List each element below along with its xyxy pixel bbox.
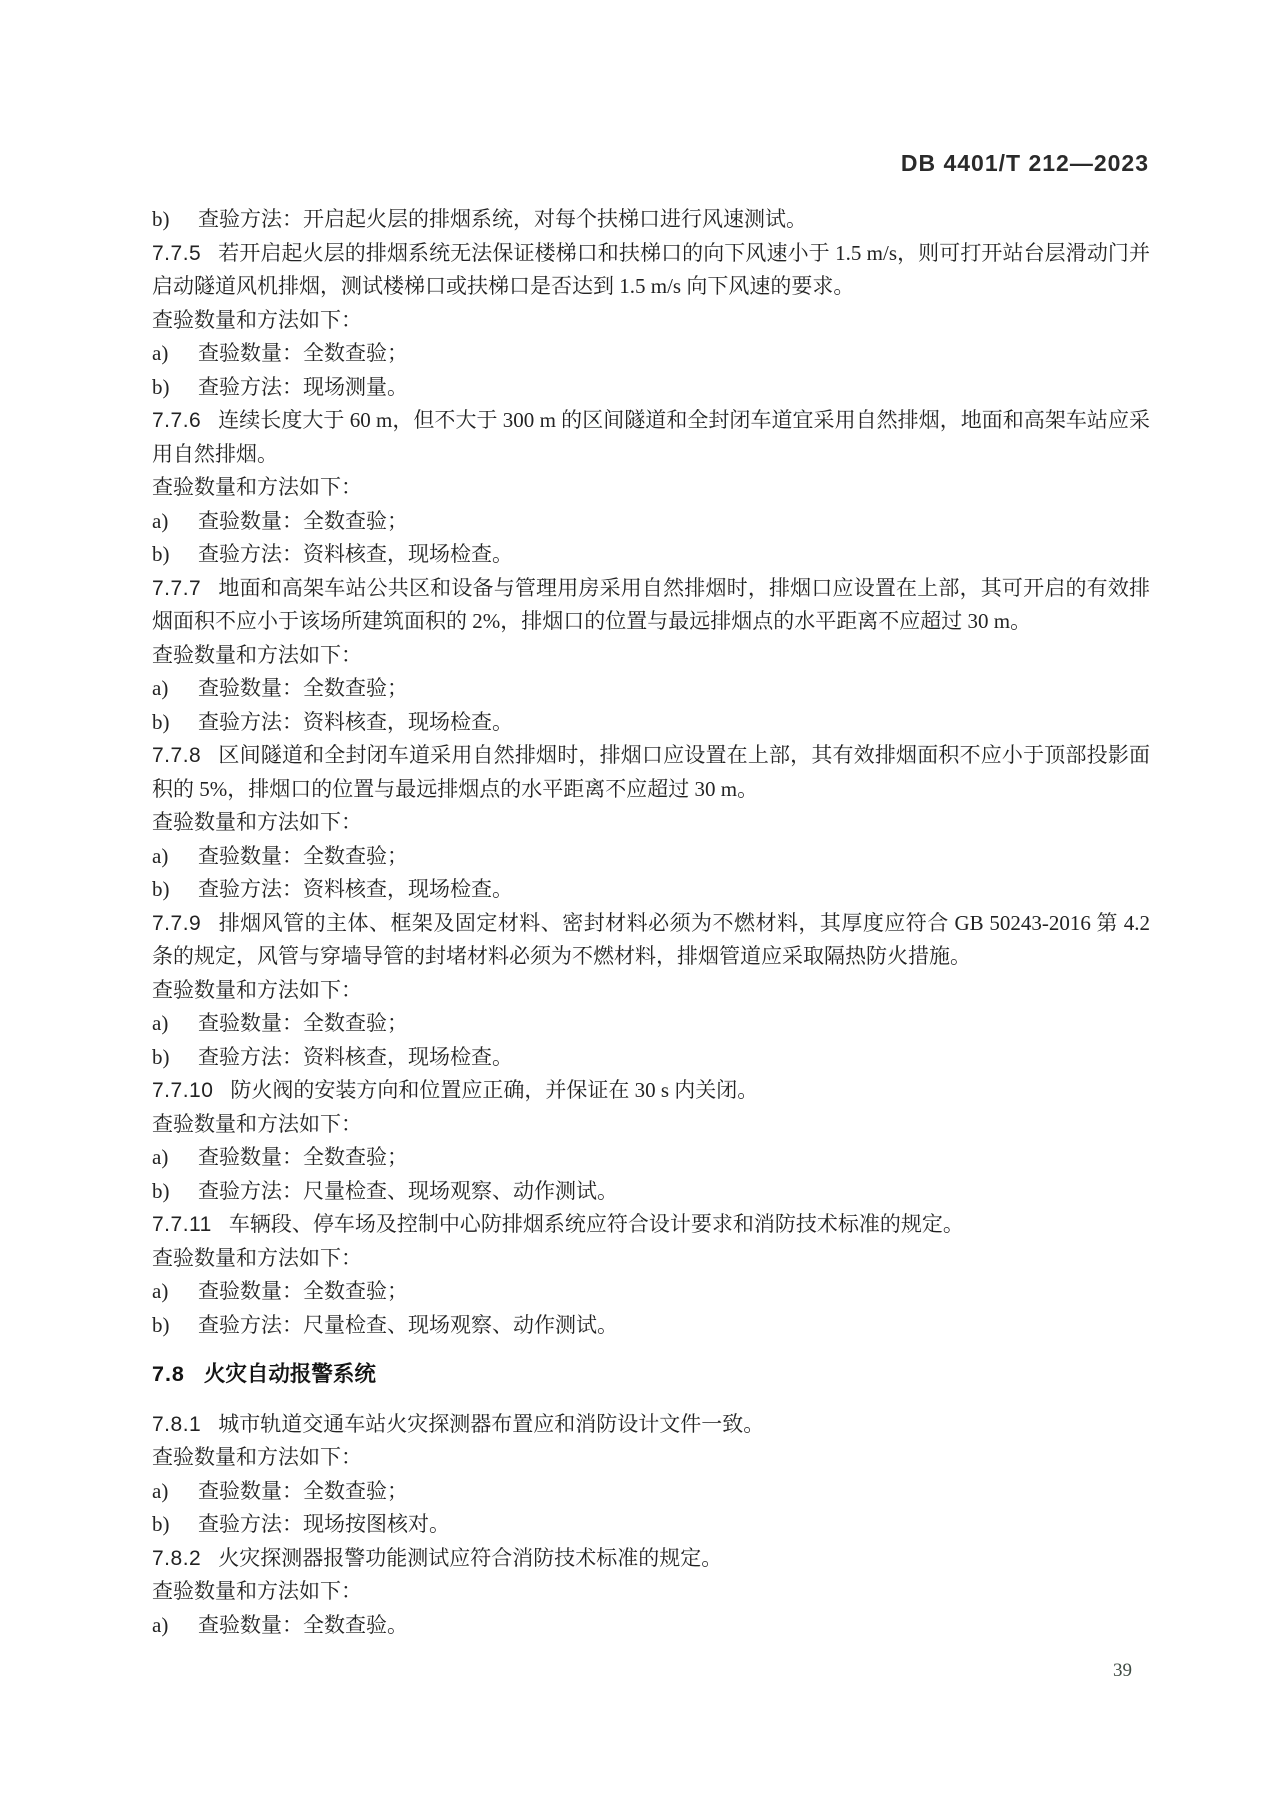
list-item-letter: a) [152, 672, 198, 706]
section-title: 火灾自动报警系统 [204, 1362, 376, 1386]
clause-text: 车辆段、停车场及控制中心防排烟系统应符合设计要求和消防技术标准的规定。 [229, 1212, 964, 1236]
clause-number: 7.7.8 [152, 744, 218, 767]
list-item: a)查验数量：全数查验。 [152, 1609, 1150, 1643]
clause-text: 排烟风管的主体、框架及固定材料、密封材料必须为不燃材料，其厚度应符合 GB 50… [152, 911, 1150, 969]
list-item-letter: a) [152, 1141, 198, 1175]
standard-number-header: DB 4401/T 212—2023 [901, 150, 1149, 177]
list-item: b)查验方法：资料核查，现场检查。 [152, 873, 1150, 907]
list-item: b)查验方法：现场按图核对。 [152, 1508, 1150, 1542]
list-item-letter: b) [152, 873, 198, 907]
list-item: b)查验方法：资料核查，现场检查。 [152, 706, 1150, 740]
list-item-letter: b) [152, 538, 198, 572]
list-item: b)查验方法：资料核查，现场检查。 [152, 538, 1150, 572]
list-item: a)查验数量：全数查验； [152, 505, 1150, 539]
list-item: b)查验方法：资料核查，现场检查。 [152, 1041, 1150, 1075]
list-item-letter: a) [152, 1475, 198, 1509]
list-item: a)查验数量：全数查验； [152, 1141, 1150, 1175]
clause-7.7.7: 7.7.7地面和高架车站公共区和设备与管理用房采用自然排烟时，排烟口应设置在上部… [152, 572, 1150, 639]
list-item: a)查验数量：全数查验； [152, 672, 1150, 706]
list-item-text: 查验数量：全数查验； [198, 844, 408, 868]
list-item-text: 查验数量：全数查验； [198, 1011, 408, 1035]
list-item-text: 查验方法：资料核查，现场检查。 [198, 542, 513, 566]
list-item-letter: b) [152, 1041, 198, 1075]
list-item-letter: b) [152, 371, 198, 405]
list-item-text: 查验数量：全数查验。 [198, 1613, 408, 1637]
list-item: b)查验方法：尺量检查、现场观察、动作测试。 [152, 1309, 1150, 1343]
page-number: 39 [1113, 1660, 1132, 1682]
list-item-text: 查验数量：全数查验； [198, 676, 408, 700]
clause-number: 7.7.11 [152, 1213, 229, 1236]
list-item-text: 查验方法：资料核查，现场检查。 [198, 710, 513, 734]
clause-7.7.5: 7.7.5若开启起火层的排烟系统无法保证楼梯口和扶梯口的向下风速小于 1.5 m… [152, 237, 1150, 304]
clause-text: 地面和高架车站公共区和设备与管理用房采用自然排烟时，排烟口应设置在上部，其可开启… [152, 576, 1150, 634]
clause-text: 若开启起火层的排烟系统无法保证楼梯口和扶梯口的向下风速小于 1.5 m/s，则可… [152, 241, 1150, 299]
clause-7.8.1: 7.8.1城市轨道交通车站火灾探测器布置应和消防设计文件一致。 [152, 1408, 1150, 1442]
clause-number: 7.7.6 [152, 409, 218, 432]
clause-number: 7.7.7 [152, 577, 218, 600]
clause-text: 连续长度大于 60 m，但不大于 300 m 的区间隧道和全封闭车道宜采用自然排… [152, 408, 1150, 466]
list-item-text: 查验方法：资料核查，现场检查。 [198, 877, 513, 901]
clause-7.7.6: 7.7.6连续长度大于 60 m，但不大于 300 m 的区间隧道和全封闭车道宜… [152, 404, 1150, 471]
list-item-text: 查验方法：开启起火层的排烟系统，对每个扶梯口进行风速测试。 [198, 207, 807, 231]
list-item-letter: a) [152, 840, 198, 874]
clause-7.7.9: 7.7.9排烟风管的主体、框架及固定材料、密封材料必须为不燃材料，其厚度应符合 … [152, 907, 1150, 974]
list-item: b)查验方法：开启起火层的排烟系统，对每个扶梯口进行风速测试。 [152, 203, 1150, 237]
section-number: 7.8 [152, 1362, 204, 1386]
list-item: a)查验数量：全数查验； [152, 1475, 1150, 1509]
list-item-text: 查验数量：全数查验； [198, 1145, 408, 1169]
list-item-letter: a) [152, 1609, 198, 1643]
list-item-text: 查验数量：全数查验； [198, 1279, 408, 1303]
clause-text: 防火阀的安装方向和位置应正确，并保证在 30 s 内关闭。 [230, 1078, 758, 1102]
clause-number: 7.8.2 [152, 1547, 218, 1570]
list-lead-line: 查验数量和方法如下： [152, 639, 1150, 673]
list-item: a)查验数量：全数查验； [152, 1275, 1150, 1309]
clause-number: 7.7.10 [152, 1079, 230, 1102]
list-item: b)查验方法：现场测量。 [152, 371, 1150, 405]
list-item-letter: b) [152, 706, 198, 740]
clause-number: 7.7.5 [152, 242, 218, 265]
list-lead-line: 查验数量和方法如下： [152, 471, 1150, 505]
section-heading-7.8: 7.8火灾自动报警系统 [152, 1358, 1150, 1392]
list-item-letter: b) [152, 1508, 198, 1542]
list-item: a)查验数量：全数查验； [152, 337, 1150, 371]
clause-7.7.8: 7.7.8区间隧道和全封闭车道采用自然排烟时，排烟口应设置在上部，其有效排烟面积… [152, 739, 1150, 806]
list-item-text: 查验数量：全数查验； [198, 509, 408, 533]
list-item-text: 查验数量：全数查验； [198, 1479, 408, 1503]
clause-7.8.2: 7.8.2火灾探测器报警功能测试应符合消防技术标准的规定。 [152, 1542, 1150, 1576]
clause-text: 区间隧道和全封闭车道采用自然排烟时，排烟口应设置在上部，其有效排烟面积不应小于顶… [152, 743, 1150, 801]
list-item: b)查验方法：尺量检查、现场观察、动作测试。 [152, 1175, 1150, 1209]
list-item-letter: a) [152, 337, 198, 371]
list-item-text: 查验方法：尺量检查、现场观察、动作测试。 [198, 1179, 618, 1203]
list-lead-line: 查验数量和方法如下： [152, 1108, 1150, 1142]
list-item-letter: a) [152, 505, 198, 539]
list-item-letter: b) [152, 1309, 198, 1343]
list-item-text: 查验方法：尺量检查、现场观察、动作测试。 [198, 1313, 618, 1337]
clause-number: 7.8.1 [152, 1413, 218, 1436]
list-item-letter: a) [152, 1007, 198, 1041]
list-lead-line: 查验数量和方法如下： [152, 1575, 1150, 1609]
list-lead-line: 查验数量和方法如下： [152, 304, 1150, 338]
list-item-text: 查验方法：现场测量。 [198, 375, 408, 399]
clause-number: 7.7.9 [152, 912, 218, 935]
document-content: b)查验方法：开启起火层的排烟系统，对每个扶梯口进行风速测试。7.7.5若开启起… [152, 203, 1150, 1642]
list-lead-line: 查验数量和方法如下： [152, 974, 1150, 1008]
list-item: a)查验数量：全数查验； [152, 840, 1150, 874]
list-item-letter: b) [152, 1175, 198, 1209]
list-item: a)查验数量：全数查验； [152, 1007, 1150, 1041]
list-lead-line: 查验数量和方法如下： [152, 1242, 1150, 1276]
clause-text: 城市轨道交通车站火灾探测器布置应和消防设计文件一致。 [218, 1412, 764, 1436]
list-item-letter: b) [152, 203, 198, 237]
document-page: DB 4401/T 212—2023 b)查验方法：开启起火层的排烟系统，对每个… [0, 0, 1280, 1810]
list-item-text: 查验方法：现场按图核对。 [198, 1512, 450, 1536]
list-lead-line: 查验数量和方法如下： [152, 1441, 1150, 1475]
list-lead-line: 查验数量和方法如下： [152, 806, 1150, 840]
clause-text: 火灾探测器报警功能测试应符合消防技术标准的规定。 [218, 1546, 722, 1570]
clause-7.7.11: 7.7.11车辆段、停车场及控制中心防排烟系统应符合设计要求和消防技术标准的规定… [152, 1208, 1150, 1242]
list-item-text: 查验方法：资料核查，现场检查。 [198, 1045, 513, 1069]
clause-7.7.10: 7.7.10防火阀的安装方向和位置应正确，并保证在 30 s 内关闭。 [152, 1074, 1150, 1108]
list-item-letter: a) [152, 1275, 198, 1309]
list-item-text: 查验数量：全数查验； [198, 341, 408, 365]
